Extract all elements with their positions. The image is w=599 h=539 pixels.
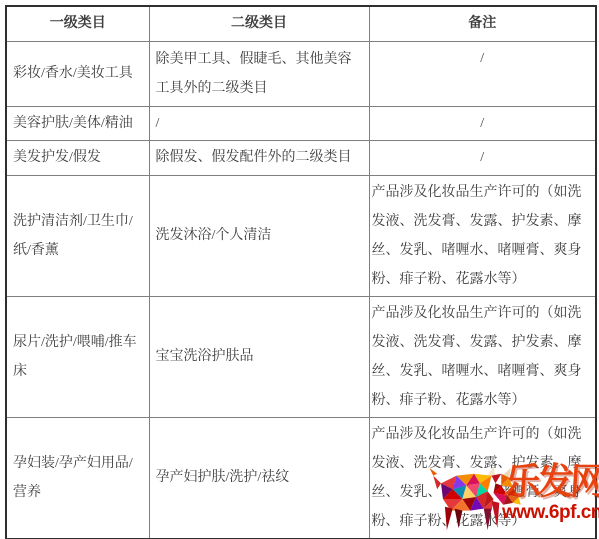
cell-remark: 产品涉及化妆品生产许可的（如洗发液、洗发膏、发露、护发素、摩丝、发乳、啫喱水、啫…	[369, 296, 596, 417]
cell-category-l1: 彩妆/香水/美妆工具	[6, 41, 149, 106]
cell-remark: /	[369, 140, 596, 175]
site-watermark: 乐发网 www.6pf.cn	[424, 460, 599, 536]
table-row: 彩妆/香水/美妆工具 除美甲工具、假睫毛、其他美容工具外的二级类目 /	[6, 41, 596, 106]
watermark-site-url: www.6pf.cn	[502, 502, 599, 524]
cell-category-l1: 美容护肤/美体/精油	[6, 106, 149, 140]
table-header-row: 一级类目 二级类目 备注	[6, 6, 596, 41]
header-remark: 备注	[369, 6, 596, 41]
cell-category-l1: 洗护清洁剂/卫生巾/纸/香薰	[6, 175, 149, 296]
category-table: 一级类目 二级类目 备注 彩妆/香水/美妆工具 除美甲工具、假睫毛、其他美容工具…	[5, 5, 597, 539]
cell-remark: /	[369, 41, 596, 106]
cell-category-l2: 宝宝洗浴护肤品	[149, 296, 369, 417]
table-row: 美容护肤/美体/精油 / /	[6, 106, 596, 140]
cell-category-l2: 洗发沐浴/个人清洁	[149, 175, 369, 296]
cell-category-l1: 美发护发/假发	[6, 140, 149, 175]
cell-category-l1: 孕妇装/孕产妇用品/营养	[6, 417, 149, 539]
cell-remark: 产品涉及化妆品生产许可的（如洗发液、洗发膏、发露、护发素、摩丝、发乳、啫喱水、啫…	[369, 175, 596, 296]
cell-category-l2: 除假发、假发配件外的二级类目	[149, 140, 369, 175]
cell-category-l2: 孕产妇护肤/洗护/祛纹	[149, 417, 369, 539]
watermark-site-name: 乐发网	[502, 460, 599, 504]
cell-remark: /	[369, 106, 596, 140]
cell-category-l2: 除美甲工具、假睫毛、其他美容工具外的二级类目	[149, 41, 369, 106]
header-category-l2: 二级类目	[149, 6, 369, 41]
cell-category-l1: 尿片/洗护/喂哺/推车床	[6, 296, 149, 417]
cell-category-l2: /	[149, 106, 369, 140]
table-row: 洗护清洁剂/卫生巾/纸/香薰 洗发沐浴/个人清洁 产品涉及化妆品生产许可的（如洗…	[6, 175, 596, 296]
header-category-l1: 一级类目	[6, 6, 149, 41]
table-row: 尿片/洗护/喂哺/推车床 宝宝洗浴护肤品 产品涉及化妆品生产许可的（如洗发液、洗…	[6, 296, 596, 417]
table-row: 美发护发/假发 除假发、假发配件外的二级类目 /	[6, 140, 596, 175]
